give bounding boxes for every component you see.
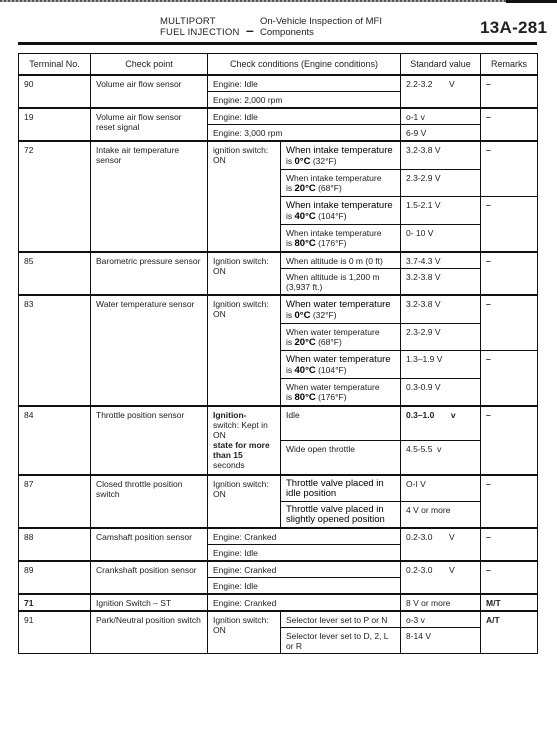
condition: Throttle valve placed in slightly opened…	[281, 502, 401, 529]
standard-value: 2.3-2.9 V	[401, 324, 481, 351]
col-conditions: Check conditions (Engine conditions)	[208, 54, 401, 76]
check-point: Ignition Switch – ST	[91, 594, 208, 611]
standard-value: 8 V or more	[401, 594, 481, 611]
condition-text: When intake temperature	[286, 145, 393, 156]
standard-value: o-1 v	[401, 108, 481, 125]
switch-condition: Ignition switch: ON	[208, 252, 281, 295]
condition: When water temperatureis 20°C (68°F)	[281, 324, 401, 351]
condition-prefix: is	[286, 310, 295, 320]
standard-value: 0.3-0.9 V	[401, 379, 481, 407]
terminal: 85	[19, 252, 91, 295]
temp-celsius: 80°C	[295, 392, 316, 403]
table-row: 88 Camshaft position sensor Engine: Cran…	[19, 528, 538, 545]
terminal: 91	[19, 611, 91, 654]
standard-value: 2.3-2.9 V	[401, 170, 481, 197]
condition: When intake temperatureis 0°C (32°F)	[281, 141, 401, 170]
condition-prefix: is	[286, 211, 295, 221]
condition: Selector lever set to P or N	[281, 611, 401, 628]
standard-value: 3.2-3.8 V	[401, 269, 481, 296]
switch-condition: ignition switch: ON	[208, 141, 281, 252]
remarks: –	[481, 406, 538, 475]
remarks: –	[481, 108, 538, 141]
standard-value: 0.2-3.0 V	[401, 561, 481, 594]
standard-value: 4.5-5.5 v	[401, 441, 481, 476]
remarks: –	[481, 75, 538, 108]
switch-line-1: Ignition-	[213, 410, 247, 420]
standard-value: 3.7-4.3 V	[401, 252, 481, 269]
check-point: Closed throttle position switch	[91, 475, 208, 528]
col-standard-value: Standard value	[401, 54, 481, 76]
condition: Engine: Idle	[208, 75, 401, 92]
check-point: Water temperature sensor	[91, 295, 208, 406]
condition: When altitude is 0 m (0 ft)	[281, 252, 401, 269]
condition-text: When intake temperature	[286, 173, 381, 183]
standard-value: 1.3–1.9 V	[401, 351, 481, 379]
temp-celsius: 40°C	[295, 365, 316, 376]
remarks: –	[481, 197, 538, 253]
condition: Idle	[281, 406, 401, 441]
condition-text: When intake temperature	[286, 228, 381, 238]
condition: When water temperatureis 0°C (32°F)	[281, 295, 401, 324]
header-separator: –	[246, 22, 254, 38]
col-remarks: Remarks	[481, 54, 538, 76]
condition-text: When water temperature	[286, 382, 380, 392]
table-row: 89 Crankshaft position sensor Engine: Cr…	[19, 561, 538, 578]
condition-prefix: is	[286, 238, 295, 248]
terminal: 90	[19, 75, 91, 108]
switch-line-4: seconds	[213, 460, 245, 470]
table-row: 71 Ignition Switch – ST Engine: Cranked …	[19, 594, 538, 611]
section-line-1: MULTIPORT	[160, 16, 240, 27]
remarks: –	[481, 351, 538, 407]
col-terminal: Terminal No.	[19, 54, 91, 76]
check-point: Crankshaft position sensor	[91, 561, 208, 594]
condition-text: When water temperature	[286, 354, 391, 365]
switch-condition: Ignition switch: ON	[208, 611, 281, 654]
temp-fahrenheit: (176°F)	[316, 392, 347, 402]
condition: Engine: Idle	[208, 108, 401, 125]
section-line-2: FUEL INJECTION	[160, 27, 240, 38]
condition-prefix: is	[286, 365, 295, 375]
standard-value: 3.2-3.8 V	[401, 295, 481, 324]
check-point: Camshaft position sensor	[91, 528, 208, 561]
switch-line-3: state for more than 15	[213, 440, 270, 460]
condition: Engine: Cranked	[208, 561, 401, 578]
check-point: Volume air flow sensor	[91, 75, 208, 108]
standard-value: 8-14 V	[401, 628, 481, 654]
table-row: 19 Volume air flow sensor reset signal E…	[19, 108, 538, 125]
condition: Selector lever set to D, 2, L or R	[281, 628, 401, 654]
condition: When water temperatureis 80°C (176°F)	[281, 379, 401, 407]
table-row: 84 Throttle position sensor Ignition-swi…	[19, 406, 538, 441]
remarks: –	[481, 295, 538, 351]
temp-fahrenheit: (104°F)	[316, 211, 347, 221]
standard-value: 0- 10 V	[401, 225, 481, 253]
check-point: Barometric pressure sensor	[91, 252, 208, 295]
condition: When intake temperatureis 80°C (176°F)	[281, 225, 401, 253]
condition: Throttle valve placed in idle position	[281, 475, 401, 502]
standard-value: 0.3–1.0 v	[401, 406, 481, 441]
standard-value: 2.2-3.2 V	[401, 75, 481, 108]
scan-top-edge-mark	[506, 0, 557, 3]
condition: Engine: Idle	[208, 578, 401, 595]
col-check-point: Check point	[91, 54, 208, 76]
remarks: –	[481, 141, 538, 197]
condition: Wide open throttle	[281, 441, 401, 476]
temp-fahrenheit: (68°F)	[316, 183, 342, 193]
standard-value: 4 V or more	[401, 502, 481, 529]
temp-celsius: 80°C	[295, 238, 316, 249]
condition: Engine: 3,000 rpm	[208, 125, 401, 142]
section-title-right: On-Vehicle Inspection of MFI Components	[260, 16, 382, 38]
subsection-line-2: Components	[260, 27, 382, 38]
condition-text: When water temperature	[286, 327, 380, 337]
remarks: –	[481, 475, 538, 528]
terminal: 71	[19, 594, 91, 611]
switch-condition: Ignition switch: ON	[208, 475, 281, 528]
table-header-row: Terminal No. Check point Check condition…	[19, 54, 538, 76]
table-row: 91 Park/Neutral position switch Ignition…	[19, 611, 538, 628]
terminal: 83	[19, 295, 91, 406]
section-title-left: MULTIPORT FUEL INJECTION	[160, 16, 240, 38]
check-point: Intake air temperature sensor	[91, 141, 208, 252]
remarks: A/T	[481, 611, 538, 654]
page-number: 13A-281	[480, 18, 547, 38]
table-row: 85 Barometric pressure sensor Ignition s…	[19, 252, 538, 269]
check-point: Park/Neutral position switch	[91, 611, 208, 654]
condition: When altitude is 1,200 m (3,937 ft.)	[281, 269, 401, 296]
table-row: 87 Closed throttle position switch Ignit…	[19, 475, 538, 502]
terminal: 88	[19, 528, 91, 561]
condition: When water temperatureis 40°C (104°F)	[281, 351, 401, 379]
temp-fahrenheit: (32°F)	[310, 310, 336, 320]
check-point: Throttle position sensor	[91, 406, 208, 475]
table-row: 90 Volume air flow sensor Engine: Idle 2…	[19, 75, 538, 92]
temp-celsius: 20°C	[295, 183, 316, 194]
standard-value: 1.5-2.1 V	[401, 197, 481, 225]
switch-condition: Ignition-switch: Kept in ONstate for mor…	[208, 406, 281, 475]
temp-fahrenheit: (68°F)	[316, 337, 342, 347]
condition: Engine: Cranked	[208, 528, 401, 545]
scan-top-edge	[0, 0, 557, 2]
temp-fahrenheit: (176°F)	[316, 238, 347, 248]
standard-value: 3.2-3.8 V	[401, 141, 481, 170]
condition-prefix: is	[286, 156, 295, 166]
terminal: 72	[19, 141, 91, 252]
condition: When intake temperatureis 20°C (68°F)	[281, 170, 401, 197]
remarks: –	[481, 561, 538, 594]
condition-text: When intake temperature	[286, 200, 393, 211]
remarks: –	[481, 528, 538, 561]
condition: Engine: 2,000 rpm	[208, 92, 401, 109]
temp-celsius: 0°C	[295, 156, 311, 167]
temp-celsius: 20°C	[295, 337, 316, 348]
standard-value: 0.2-3.0 V	[401, 528, 481, 561]
condition-prefix: is	[286, 183, 295, 193]
terminal: 89	[19, 561, 91, 594]
standard-value: o-3 v	[401, 611, 481, 628]
header-rule	[18, 42, 537, 45]
condition: When intake temperatureis 40°C (104°F)	[281, 197, 401, 225]
condition-prefix: is	[286, 337, 295, 347]
table-row: 83 Water temperature sensor Ignition swi…	[19, 295, 538, 324]
check-point: Volume air flow sensor reset signal	[91, 108, 208, 141]
switch-line-2: switch: Kept in ON	[213, 420, 268, 440]
temp-fahrenheit: (104°F)	[316, 365, 347, 375]
condition: Engine: Cranked	[208, 594, 401, 611]
terminal: 19	[19, 108, 91, 141]
temp-celsius: 0°C	[295, 310, 311, 321]
terminal: 87	[19, 475, 91, 528]
temp-fahrenheit: (32°F)	[310, 156, 336, 166]
standard-value: 6-9 V	[401, 125, 481, 142]
remarks: M/T	[481, 594, 538, 611]
inspection-table: Terminal No. Check point Check condition…	[18, 53, 538, 654]
subsection-line-1: On-Vehicle Inspection of MFI	[260, 16, 382, 27]
standard-value: O-I V	[401, 475, 481, 502]
condition-prefix: is	[286, 392, 295, 402]
condition: Engine: Idle	[208, 545, 401, 562]
condition-text: When water temperature	[286, 299, 391, 310]
terminal: 84	[19, 406, 91, 475]
temp-celsius: 40°C	[295, 211, 316, 222]
switch-condition: Ignition switch: ON	[208, 295, 281, 406]
remarks: –	[481, 252, 538, 295]
table-row: 72 Intake air temperature sensor ignitio…	[19, 141, 538, 170]
